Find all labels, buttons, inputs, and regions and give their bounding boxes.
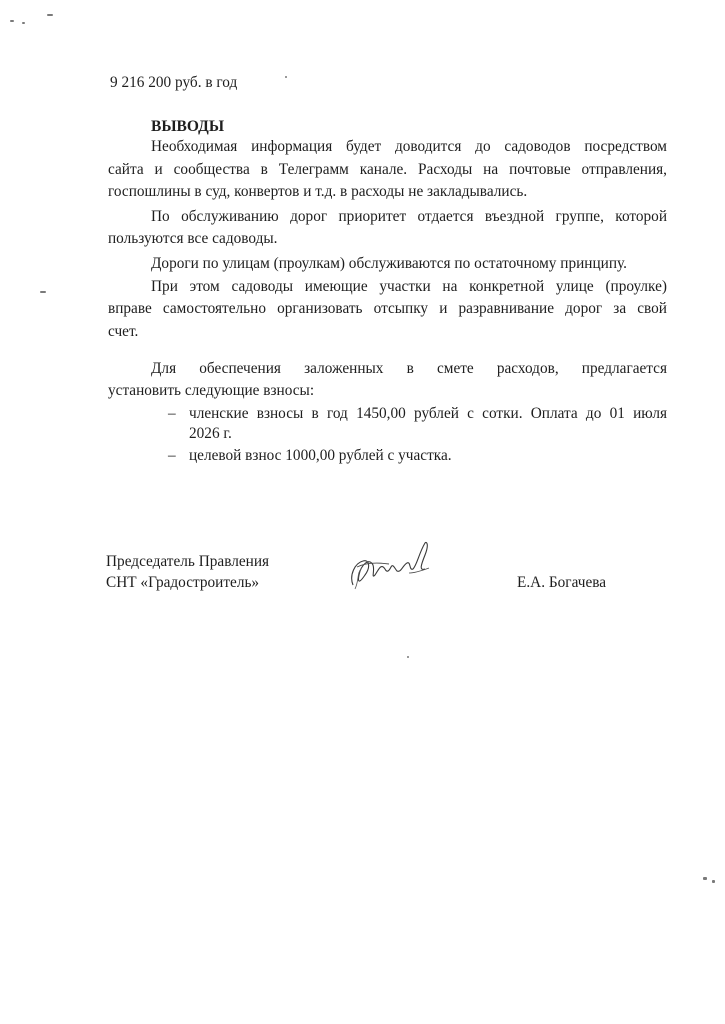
section-heading: ВЫВОДЫ: [151, 117, 224, 137]
scan-speck: [10, 20, 14, 22]
scan-speck: [47, 14, 53, 16]
list-item-1-line-2: 2026 г.: [189, 424, 232, 444]
signer-position-line-2: СНТ «Градостроитель»: [106, 573, 259, 593]
paragraph-1-line-3: госпошлины в суд, конвертов и т.д. в рас…: [108, 182, 527, 202]
amount-line: 9 216 200 руб. в год: [110, 73, 237, 93]
list-item-2-line-1: целевой взнос 1000,00 рублей с участка.: [189, 446, 452, 466]
paragraph-1-line-2: сайта и сообщества в Телеграмм канале. Р…: [108, 160, 667, 180]
signer-position-line-1: Председатель Правления: [106, 552, 269, 572]
signer-name: Е.А. Богачева: [517, 573, 606, 593]
list-item-1-line-1: членские взносы в год 1450,00 рублей с с…: [189, 404, 667, 424]
paragraph-3-line-1: Дороги по улицам (проулкам) обслуживаютс…: [151, 254, 627, 274]
paragraph-4-line-3: счет.: [108, 322, 138, 342]
list-bullet-2: –: [168, 446, 176, 466]
paragraph-5-line-2: установить следующие взносы:: [108, 381, 314, 401]
paragraph-2-line-1: По обслуживанию дорог приоритет отдается…: [151, 207, 667, 227]
handwritten-signature-icon: [345, 535, 435, 595]
document-page: 9 216 200 руб. в год ВЫВОДЫ Необходимая …: [0, 0, 725, 1024]
list-bullet-1: –: [168, 404, 176, 424]
paragraph-4-line-2: вправе самостоятельно организовать отсып…: [108, 299, 667, 319]
scan-speck: [285, 76, 287, 78]
paragraph-1-line-1: Необходимая информация будет доводится д…: [151, 137, 667, 157]
paragraph-5-line-1: Для обеспечения заложенных в смете расхо…: [151, 359, 667, 379]
scan-speck: [22, 22, 25, 24]
paragraph-2-line-2: пользуются все садоводы.: [108, 229, 278, 249]
scan-speck: [407, 656, 409, 658]
scan-speck: [703, 877, 707, 880]
scan-speck: [712, 880, 715, 883]
scan-speck: [40, 291, 46, 293]
paragraph-4-line-1: При этом садоводы имеющие участки на кон…: [151, 277, 667, 297]
